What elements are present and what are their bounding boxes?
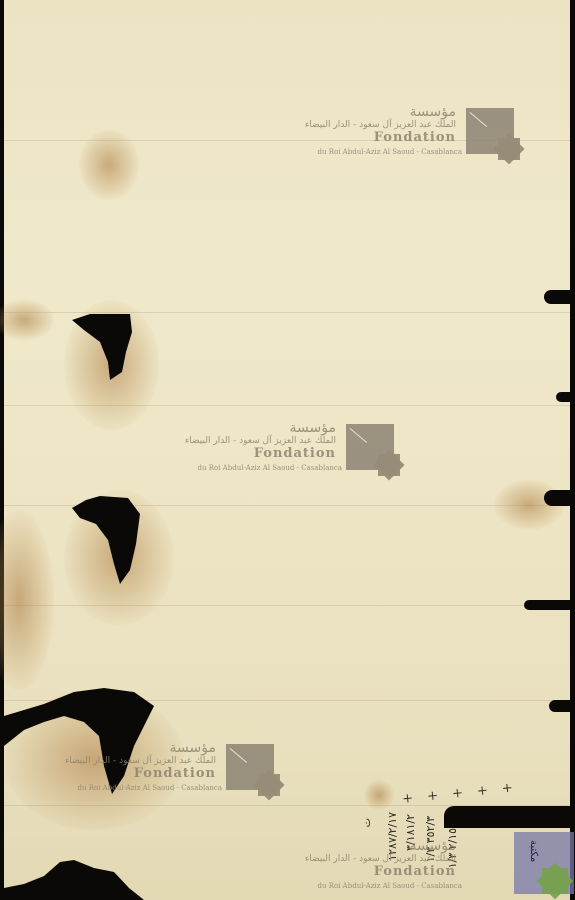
- edge-tear: [549, 700, 574, 712]
- watermark-arabic-title: مؤسسة: [410, 838, 456, 854]
- watermark-french-title: Fondation: [374, 130, 456, 145]
- watermark-arabic-subtitle: الملك عبد العزيز آل سعود - الدار البيضاء: [65, 756, 216, 766]
- handwritten-crosses: + + + + +: [402, 780, 519, 807]
- watermark: مؤسسة الملك عبد العزيز آل سعود - الدار ا…: [304, 838, 514, 894]
- watermark-arabic-subtitle: الملك عبد العزيز آل سعود - الدار البيضاء: [305, 854, 456, 864]
- watermark: مؤسسة الملك عبد العزيز آل سعود - الدار ا…: [184, 420, 394, 476]
- watermark-arabic-subtitle: الملك عبد العزيز آل سعود - الدار البيضاء: [305, 120, 456, 130]
- watermark: مؤسسة الملك عبد العزيز آل سعود - الدار ا…: [64, 740, 274, 796]
- burn-stain: [0, 300, 54, 340]
- burn-stain: [0, 510, 54, 690]
- watermark-french-subtitle: du Roi Abdul-Aziz Al Saoud - Casablanca: [318, 882, 462, 890]
- foundation-logo-icon: [466, 108, 514, 154]
- watermark-arabic-title: مؤسسة: [410, 104, 456, 120]
- stamp-text: مكتبة: [528, 840, 539, 862]
- burn-hole: [70, 312, 136, 382]
- watermark-french-title: Fondation: [134, 766, 216, 781]
- edge-tear: [544, 490, 574, 506]
- watermark-french-title: Fondation: [374, 864, 456, 879]
- watermark-arabic-subtitle: الملك عبد العزيز آل سعود - الدار البيضاء: [185, 436, 336, 446]
- burn-stain: [364, 780, 394, 810]
- watermark: مؤسسة الملك عبد العزيز آل سعود - الدار ا…: [304, 104, 514, 160]
- watermark-french-subtitle: du Roi Abdul-Aziz Al Saoud - Casablanca: [198, 464, 342, 472]
- document-page: مؤسسة الملك عبد العزيز آل سعود - الدار ا…: [4, 0, 570, 900]
- foundation-logo-icon: [226, 744, 274, 790]
- watermark-french-title: Fondation: [254, 446, 336, 461]
- edge-tear: [544, 290, 574, 304]
- library-stamp: مكتبة: [514, 832, 574, 894]
- edge-tear: [444, 806, 574, 828]
- stamp-star-icon: [542, 868, 568, 894]
- handwritten-line: ت: [362, 818, 373, 827]
- burn-edge: [4, 858, 144, 900]
- burn-hole: [70, 494, 144, 586]
- watermark-french-subtitle: du Roi Abdul-Aziz Al Saoud - Casablanca: [78, 784, 222, 792]
- edge-tear: [524, 600, 574, 610]
- edge-tear: [556, 392, 574, 402]
- watermark-french-subtitle: du Roi Abdul-Aziz Al Saoud - Casablanca: [318, 148, 462, 156]
- watermark-arabic-title: مؤسسة: [170, 740, 216, 756]
- burn-stain: [79, 130, 139, 200]
- foundation-logo-icon: [346, 424, 394, 470]
- watermark-arabic-title: مؤسسة: [290, 420, 336, 436]
